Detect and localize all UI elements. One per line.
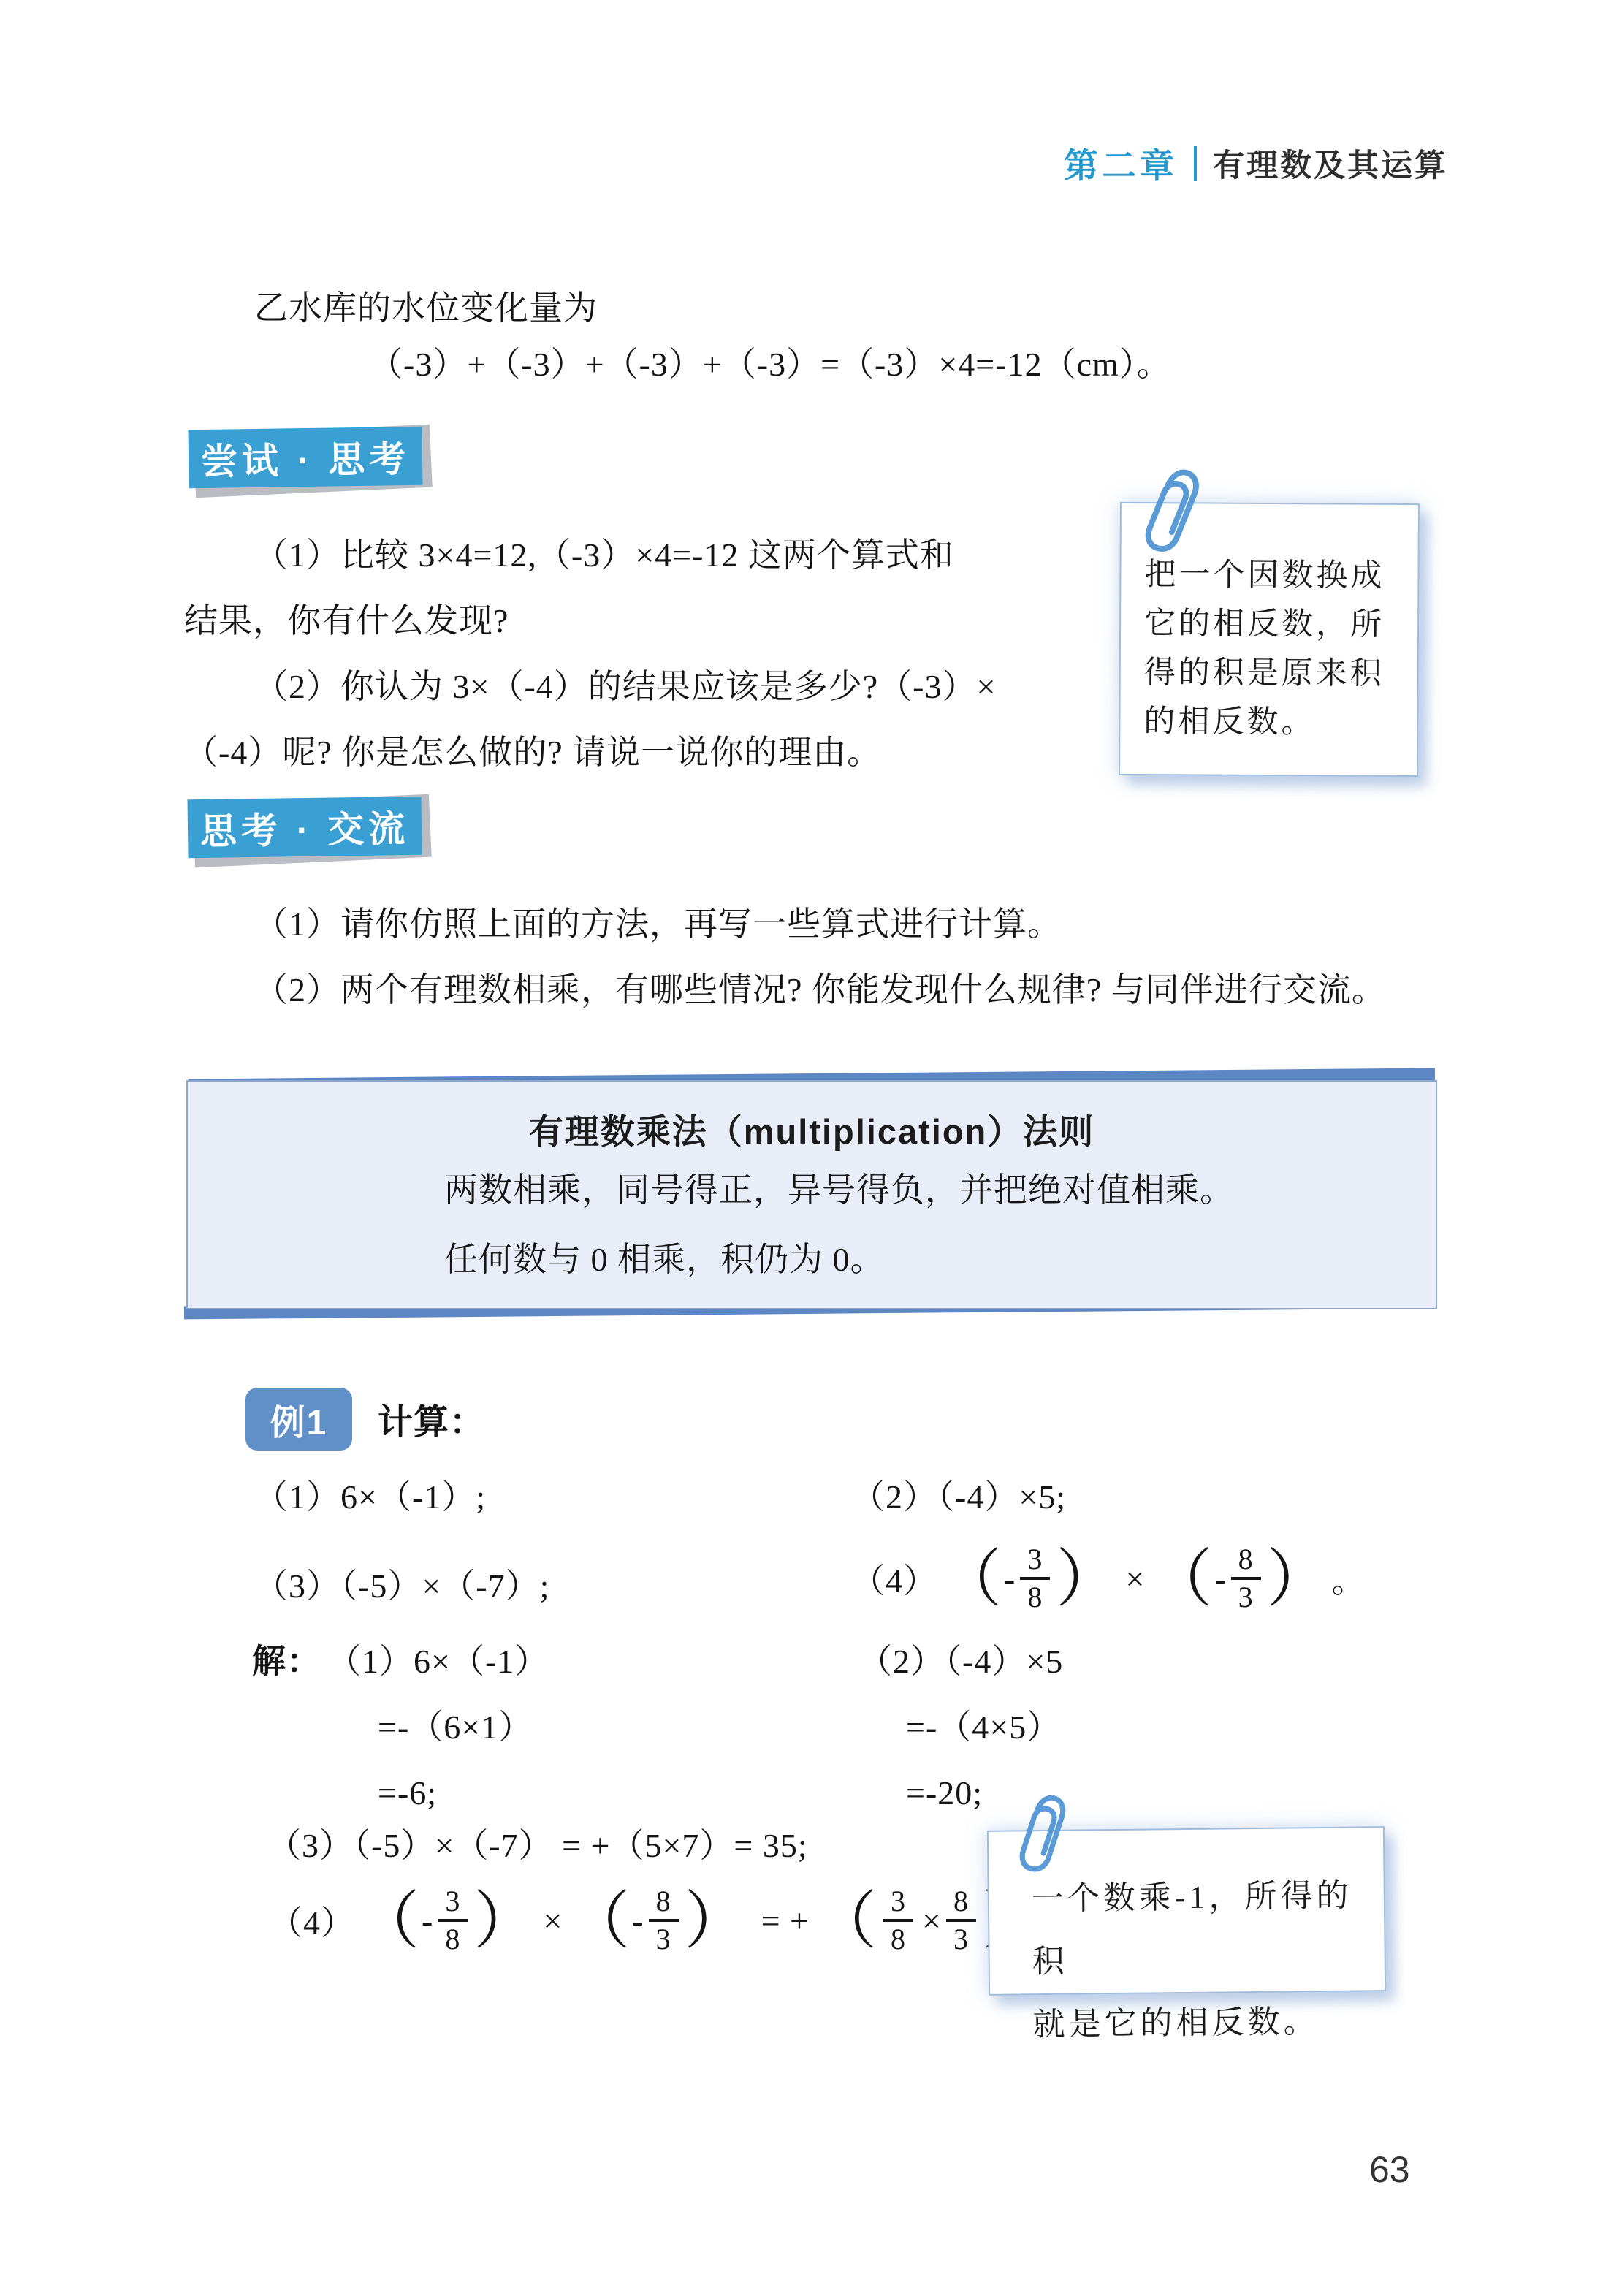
try-think-line: （2）你认为 3×（-4）的结果应该是多少?（-3）× xyxy=(254,666,996,708)
try-think-line: （-4）呢? 你是怎么做的? 请说一说你的理由。 xyxy=(184,731,881,774)
solution-step: =-20; xyxy=(906,1772,983,1814)
math-token: 。 xyxy=(1332,1554,1366,1603)
math-token: = + xyxy=(761,1901,810,1940)
badge-label: 尝试 · 思考 xyxy=(188,427,422,488)
math-token: × xyxy=(922,1901,942,1940)
solution-step: （3）（-5）×（-7） = +（5×7）= 35; xyxy=(267,1825,808,1867)
fraction-denominator: 3 xyxy=(656,1922,671,1955)
think-exchange-line: （2）两个有理数相乘，有哪些情况? 你能发现什么规律? 与同伴进行交流。 xyxy=(254,969,1386,1011)
fraction-8-3: 8 3 xyxy=(946,1886,976,1955)
math-paren: （ xyxy=(357,1895,420,1948)
note-line: 的相反数。 xyxy=(1143,697,1402,748)
solution-step: （2）（-4）×5 xyxy=(858,1641,1063,1683)
math-token: （4） xyxy=(269,1896,355,1945)
fraction-3-8: 3 8 xyxy=(1020,1544,1050,1613)
solution-step: （1）6×（-1） xyxy=(327,1641,549,1683)
problem-4: （4） （ - 3 8 ） × （ - 8 3 ） 。 xyxy=(851,1533,1366,1624)
fraction-3-8: 3 8 xyxy=(438,1886,468,1955)
note-line: 就是它的相反数。 xyxy=(1032,1990,1371,2056)
section-badge-try-think: 尝试 · 思考 xyxy=(189,428,422,487)
math-token: - xyxy=(632,1901,644,1940)
note-line: 它的相反数，所 xyxy=(1144,599,1403,650)
solution-label: 解： xyxy=(252,1641,321,1683)
badge-label: 思考 · 交流 xyxy=(187,797,422,858)
solution-step: =-（6×1） xyxy=(378,1706,533,1749)
try-think-line: 结果，你有什么发现? xyxy=(184,600,509,642)
note-line: 一个数乘-1，所得的积 xyxy=(1031,1864,1370,1993)
header-divider xyxy=(1194,146,1197,181)
fraction-numerator: 8 xyxy=(1231,1544,1261,1580)
intro-text: 乙水库的水位变化量为 xyxy=(254,287,598,330)
fraction-denominator: 3 xyxy=(953,1922,969,1955)
solution-step: =-6; xyxy=(378,1772,437,1814)
example-badge: 例1 xyxy=(245,1388,352,1451)
section-badge-think-exchange: 思考 · 交流 xyxy=(188,798,422,856)
math-paren: ） xyxy=(1056,1553,1119,1606)
math-paren: （ xyxy=(1149,1553,1213,1606)
math-paren: ） xyxy=(685,1895,748,1948)
fraction-numerator: 3 xyxy=(883,1886,913,1922)
math-token: - xyxy=(1004,1559,1016,1598)
math-paren: ） xyxy=(473,1895,537,1948)
textbook-page: 第二章 有理数及其运算 乙水库的水位变化量为 （-3）+（-3）+（-3）+（-… xyxy=(0,0,1622,2296)
math-paren: ） xyxy=(1267,1553,1330,1606)
page-number: 63 xyxy=(1369,2148,1410,2191)
solution-step: =-（4×5） xyxy=(906,1706,1061,1749)
fraction-denominator: 8 xyxy=(1027,1580,1043,1613)
problem-2: （2）（-4）×5; xyxy=(851,1476,1066,1518)
fraction-denominator: 3 xyxy=(1238,1580,1254,1613)
try-think-line: （1）比较 3×4=12,（-3）×4=-12 这两个算式和 xyxy=(254,534,954,577)
math-paren: （ xyxy=(939,1553,1002,1606)
example-label: 计算： xyxy=(378,1401,485,1445)
intro-formula: （-3）+（-3）+（-3）+（-3）=（-3）×4=-12（cm）。 xyxy=(369,343,1171,386)
math-token: × xyxy=(543,1901,563,1940)
fraction-3-8: 3 8 xyxy=(883,1886,913,1955)
note-line: 得的积是原来积 xyxy=(1144,648,1403,699)
note-line: 把一个因数换成 xyxy=(1144,550,1403,601)
fraction-numerator: 8 xyxy=(946,1886,976,1922)
math-paren: （ xyxy=(567,1895,631,1948)
math-token: （4） xyxy=(851,1554,937,1603)
fraction-denominator: 8 xyxy=(445,1922,460,1955)
rule-box-line: 任何数与 0 相乘，积仍为 0。 xyxy=(444,1239,885,1281)
math-token: × xyxy=(1125,1559,1145,1598)
fraction-numerator: 3 xyxy=(438,1886,468,1922)
math-token: - xyxy=(422,1901,433,1940)
rule-box-line: 两数相乘，同号得正，异号得负，并把绝对值相乘。 xyxy=(444,1169,1234,1212)
problem-1: （1）6×（-1）; xyxy=(254,1476,486,1518)
fraction-8-3: 8 3 xyxy=(1231,1544,1261,1613)
math-paren: （ xyxy=(814,1895,877,1948)
fraction-8-3: 8 3 xyxy=(649,1886,679,1955)
think-exchange-line: （1）请你仿照上面的方法，再写一些算式进行计算。 xyxy=(254,903,1062,946)
chapter-title: 有理数及其运算 xyxy=(1213,141,1448,186)
fraction-denominator: 8 xyxy=(891,1922,906,1955)
page-header: 第二章 有理数及其运算 xyxy=(1064,139,1448,188)
rule-box-title: 有理数乘法（multiplication）法则 xyxy=(186,1105,1437,1154)
fraction-numerator: 3 xyxy=(1020,1544,1050,1580)
math-token: - xyxy=(1214,1559,1226,1598)
chapter-label: 第二章 xyxy=(1064,139,1178,188)
fraction-numerator: 8 xyxy=(649,1886,679,1922)
problem-3: （3）（-5）×（-7）; xyxy=(254,1565,549,1608)
